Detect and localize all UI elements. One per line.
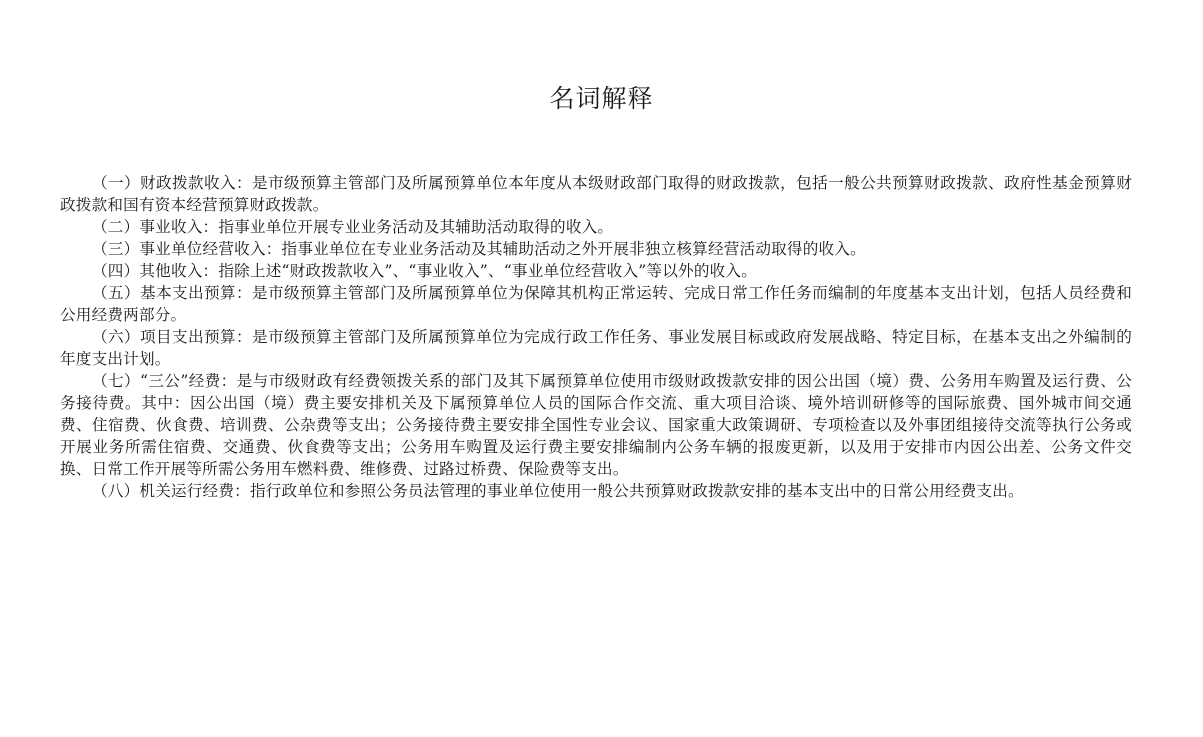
definition-paragraph-4: （四）其他收入：指除上述“财政拨款收入”、“事业收入”、“事业单位经营收入”等以… <box>60 260 1132 282</box>
document-body: （一）财政拨款收入：是市级预算主管部门及所属预算单位本年度从本级财政部门取得的财… <box>60 172 1132 502</box>
definition-paragraph-6: （六）项目支出预算：是市级预算主管部门及所属预算单位为完成行政工作任务、事业发展… <box>60 326 1132 370</box>
definition-paragraph-2: （二）事业收入：指事业单位开展专业业务活动及其辅助活动取得的收入。 <box>60 216 1132 238</box>
definition-paragraph-8: （八）机关运行经费：指行政单位和参照公务员法管理的事业单位使用一般公共预算财政拨… <box>60 480 1132 502</box>
definition-paragraph-3: （三）事业单位经营收入：指事业单位在专业业务活动及其辅助活动之外开展非独立核算经… <box>60 238 1132 260</box>
page-title: 名词解释 <box>0 82 1203 116</box>
definition-paragraph-5: （五）基本支出预算：是市级预算主管部门及所属预算单位为保障其机构正常运转、完成日… <box>60 282 1132 326</box>
definition-paragraph-7: （七）“三公”经费：是与市级财政有经费领拨关系的部门及其下属预算单位使用市级财政… <box>60 370 1132 480</box>
definition-paragraph-1: （一）财政拨款收入：是市级预算主管部门及所属预算单位本年度从本级财政部门取得的财… <box>60 172 1132 216</box>
